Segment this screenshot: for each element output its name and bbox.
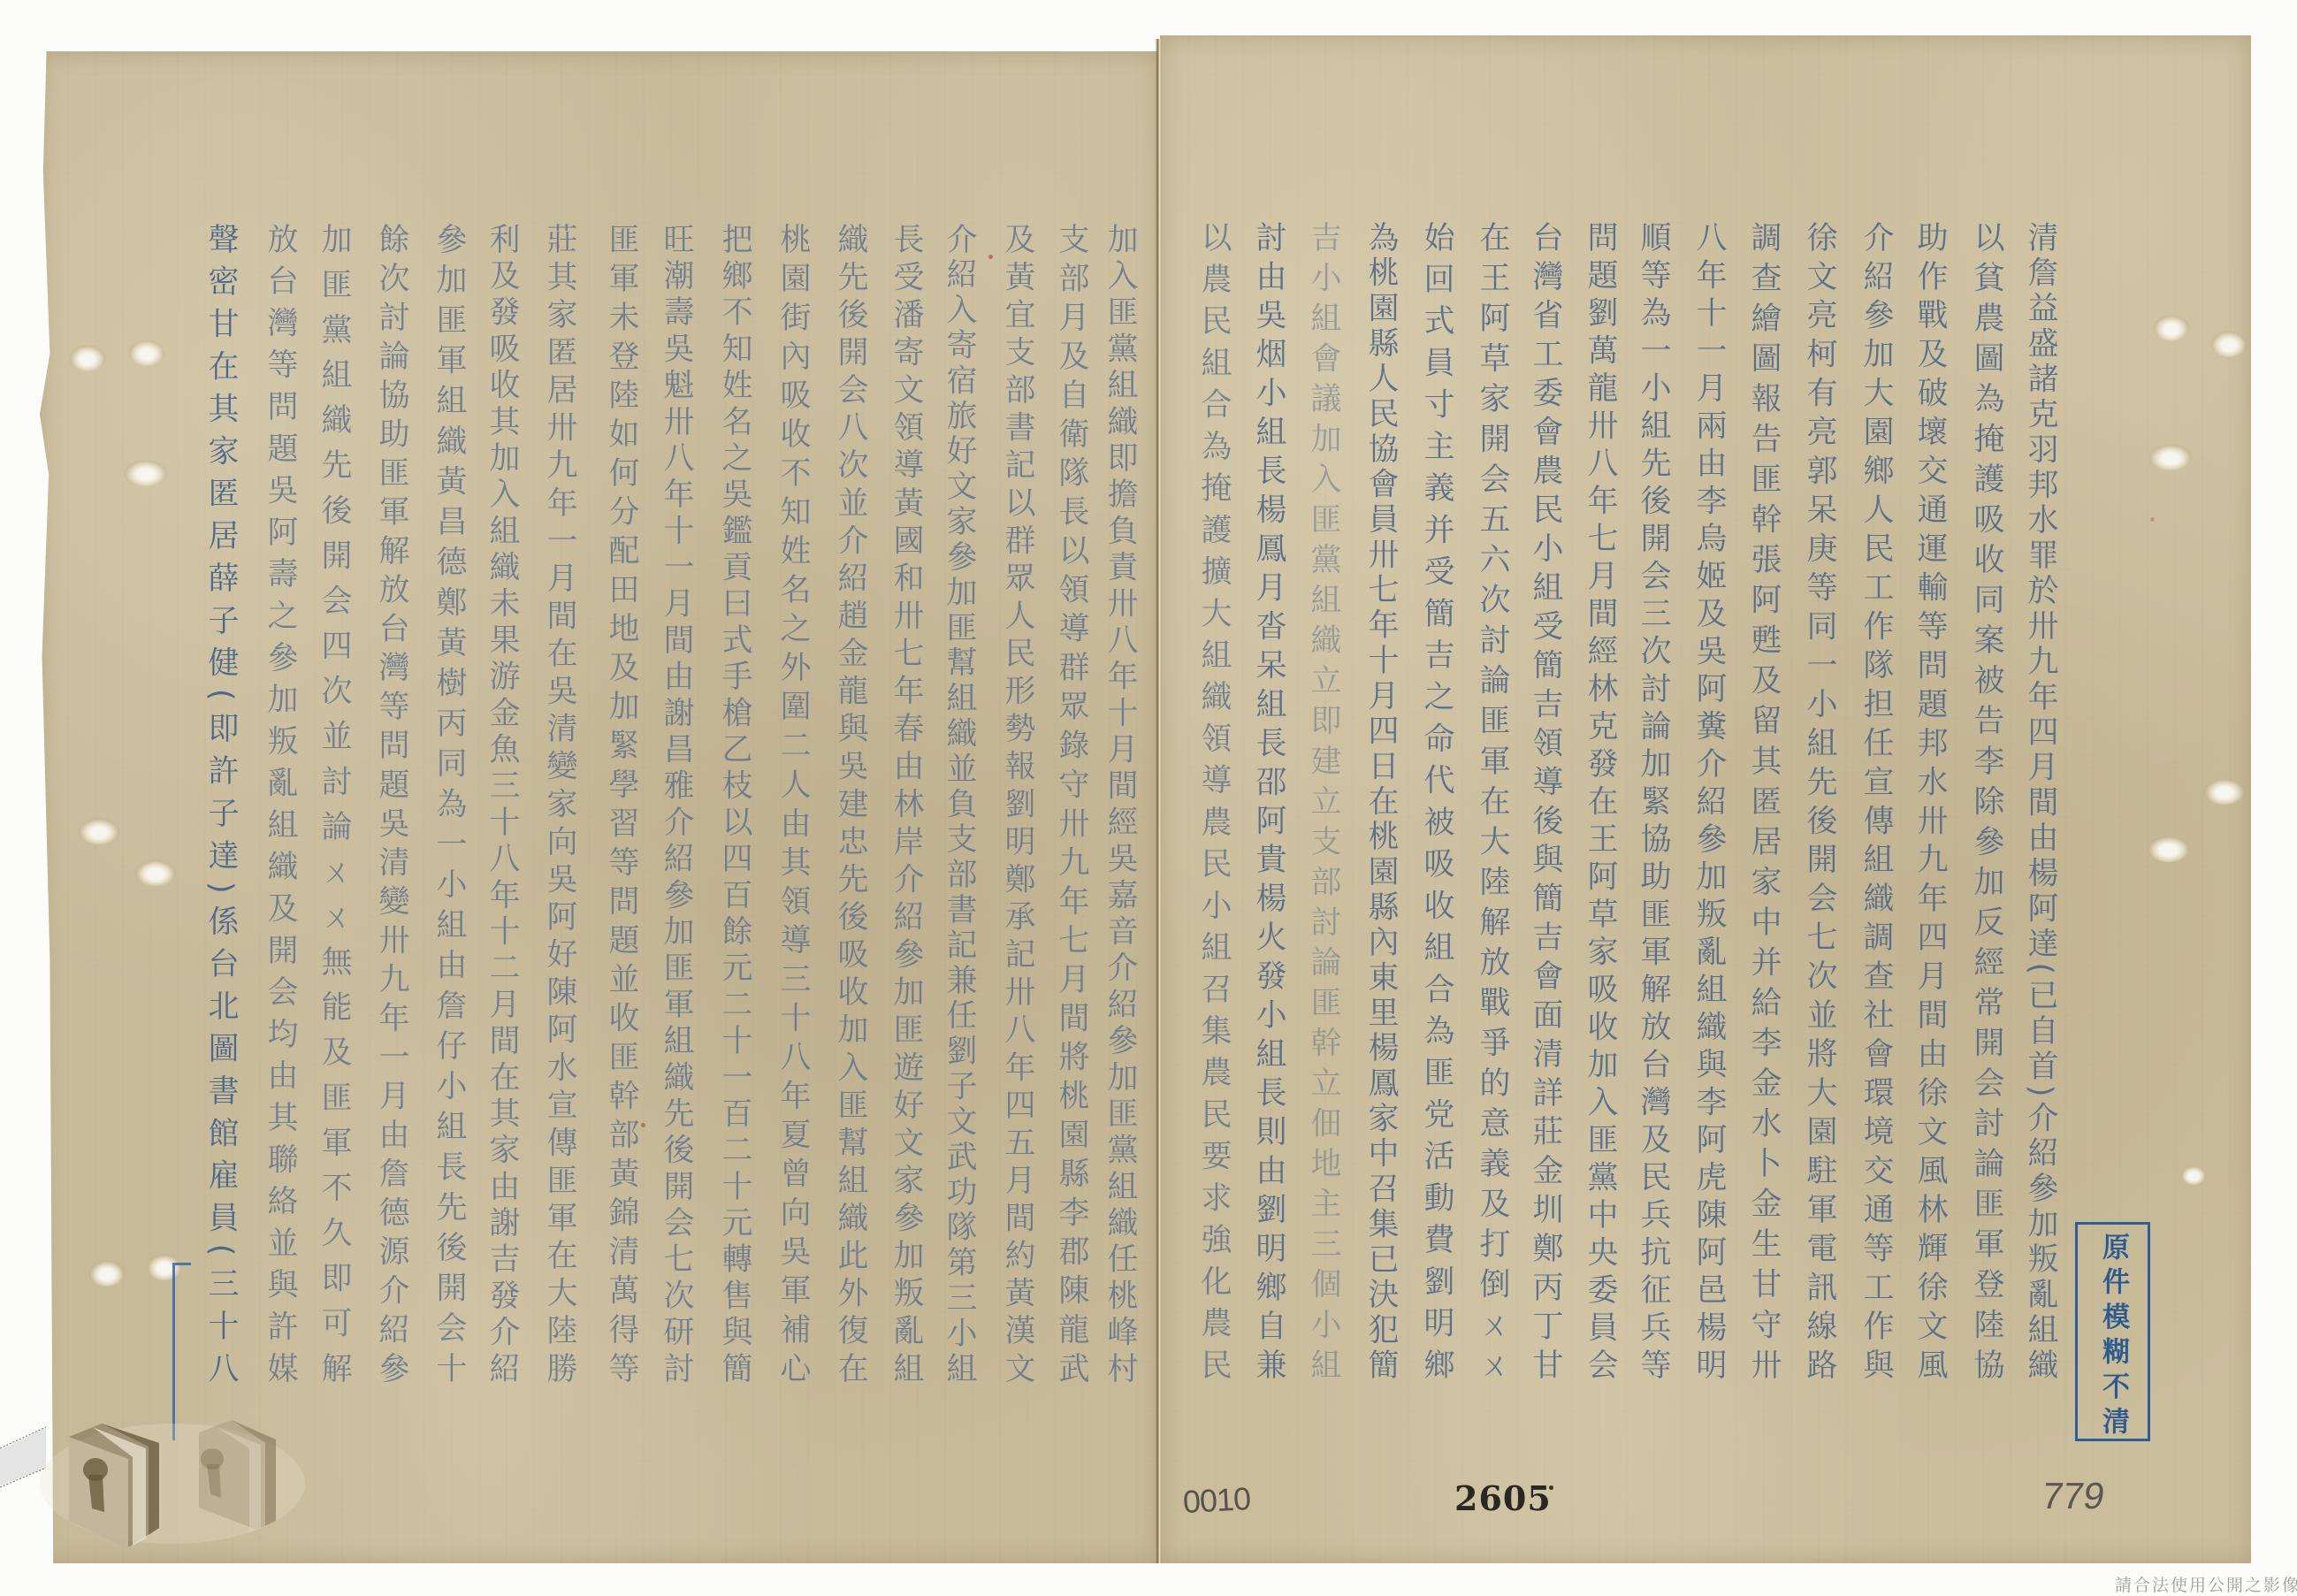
paper-hole — [2203, 778, 2246, 805]
text-column: 始回式員寸主義并受簡吉之命代被吸收組合為匪党活動費劉明鄉 — [1415, 221, 1459, 1379]
text-column: 助作戰及破壞交通運輸等問題邦水卅九年四月間由徐文風林輝徐文風 — [1908, 221, 1952, 1379]
page-fold — [1156, 39, 1161, 1563]
archive-books-keyhole-icon — [0, 1415, 318, 1583]
paper-speck — [2150, 517, 2155, 522]
text-column: 織先後開会八次並介紹趙金龍與吳建忠先後吸收加入匪幫組織此外復在 — [828, 223, 873, 1383]
text-column: 餘次討論協助匪軍解放台灣等問題吳清變卅九年一月由詹德源介紹參 — [370, 223, 414, 1383]
text-column: 介紹參加大園鄉人民工作隊担任宣傳組織調查社會環境交通等工作與 — [1854, 221, 1898, 1379]
paper-hole — [88, 1260, 126, 1287]
usage-notice: 請合法使用公開之影像 — [2115, 1572, 2297, 1596]
page-number-stamp: 2605 — [1454, 1478, 1552, 1518]
text-column: 介紹入寄宿旅好文家參加匪幫組織並負支部書記兼任劉子文武功隊第三小組 — [937, 223, 981, 1383]
text-column: 把鄉不知姓名之吳鑑貢曰式手槍乙枝以四百餘元二十一百二十元轉售與簡 — [713, 223, 757, 1383]
bracket-mark — [172, 1263, 191, 1440]
text-column: 為桃園縣人民協會員卅七年十月四日在桃園縣內東里楊鳳家中召集已決犯簡 — [1359, 221, 1403, 1379]
text-column: 在王阿草家開会五六次討論匪軍在大陸解放戰爭的意義及打倒ㄨㄨ — [1470, 221, 1515, 1379]
paper-speck — [988, 255, 993, 259]
page-number-dot — [1549, 1485, 1553, 1490]
handwritten-folio-number: 0010 — [1182, 1480, 1251, 1521]
text-column: 順等為一小組先後開会三次討論加緊協助匪軍解放台灣及民兵抗征兵等 — [1631, 221, 1675, 1379]
handwritten-page-number: 779 — [2040, 1475, 2108, 1517]
paper-hole — [124, 460, 168, 486]
stamp-text: 原件模糊不清 — [2088, 1233, 2138, 1434]
text-column: 聲密甘在其家匿居薛子健(即許子達)係台北圖書館雇員(三十八 — [199, 223, 243, 1383]
paper-hole — [2147, 836, 2191, 862]
paper-hole — [2180, 1165, 2207, 1185]
text-column: 以貧農圖為掩護吸收同案被告李除參加反經常開会討論匪軍登陸協 — [1965, 221, 2009, 1379]
text-column: 莊其家匿居卅九年一月間在吳清變家向吳阿好陳阿水宣傳匪軍在大陸勝 — [538, 223, 582, 1383]
text-column: 討由吳烟小組長楊鳳月沓呆組長邵阿貴楊火發小組長則由劉明鄉自兼 — [1247, 221, 1291, 1379]
text-column: 調查繪圖報告匪幹張阿甦及留其匿居家中并給李金水卜金生甘守卅 — [1742, 221, 1786, 1379]
text-column: 參加匪軍組織黃昌德鄭黃樹丙同為一小組由詹仔小組長先後開会十 — [427, 223, 471, 1383]
text-column: 徐文亮柯有亮郭呆庚等同一小組先後開会七次並將大園駐軍電訊線路 — [1797, 221, 1842, 1379]
text-column: 問題劉萬龍卅八年七月間經林克發在王阿草家吸收加入匪黨中央委員会 — [1578, 221, 1622, 1379]
paper-hole — [69, 345, 106, 371]
text-column: 吉小組會議加入匪黨組織立即建立支部討論匪幹立佃地主三個小組 — [1301, 221, 1346, 1379]
paper-hole — [2210, 331, 2247, 357]
text-column: 八年十一月兩由李烏姬及吳阿糞介紹參加叛亂組織與李阿虎陳阿邑楊明 — [1687, 221, 1731, 1379]
text-column: 加匪黨組織先後開会四次並討論ㄨㄨ無能及匪軍不久即可解 — [312, 223, 356, 1383]
paper-hole — [2148, 444, 2193, 470]
text-column: 及黃宜支部書記以群眾人民形勢報劉明鄭承記卅八年四五月間約黃漢文 — [996, 223, 1040, 1383]
text-column: 清詹益盛諸克羽邦水罪於卅九年四月間由楊阿達(已自首)介紹參加叛亂組織 — [2018, 221, 2063, 1379]
paper-hole — [2153, 315, 2190, 341]
text-column: 旺潮壽吳魁卅八年十一月間由謝昌雅介紹參加匪軍組織先後開会七次研討 — [654, 223, 698, 1383]
text-column: 長受潘寄文領導黃國和卅七年春由林岸介紹參加匪遊好文家參加叛亂組 — [884, 223, 928, 1383]
text-column: 加入匪黨組織即擔負責卅八年十月間經吳嘉音介紹參加匪黨組織任桃峰村 — [1098, 223, 1142, 1383]
text-column: 以農民組合為掩護擴大組織領導農民小組召集農民要求強化農民 — [1192, 221, 1236, 1379]
text-column: 支部月及自衛隊長以領導群眾錄守卅九年七月間將桃園縣李郡陳龍武 — [1049, 223, 1094, 1383]
paper-hole — [128, 340, 165, 366]
paper-hole — [78, 818, 120, 844]
text-column: 匪軍未登陸如何分配田地及加緊學習等問題並收匪幹部黃錦清萬得等 — [599, 223, 644, 1383]
text-column: 桃園街內吸收不知姓名之外圍二人由其領導三十八年夏曾向吳軍補心 — [771, 223, 815, 1383]
text-column: 利及發吸收其加入組織未果游金魚三十八年十二月間在其家由謝吉發介紹 — [480, 223, 524, 1383]
text-column: 台灣省工委會農民小組受簡吉領導後與簡吉會面清詳莊金圳鄭丙丁甘 — [1523, 221, 1568, 1379]
paper-hole — [134, 859, 177, 886]
text-column: 放台灣等問題吳阿壽之參加叛亂組織及開会均由其聯絡並與許媒 — [258, 223, 302, 1383]
